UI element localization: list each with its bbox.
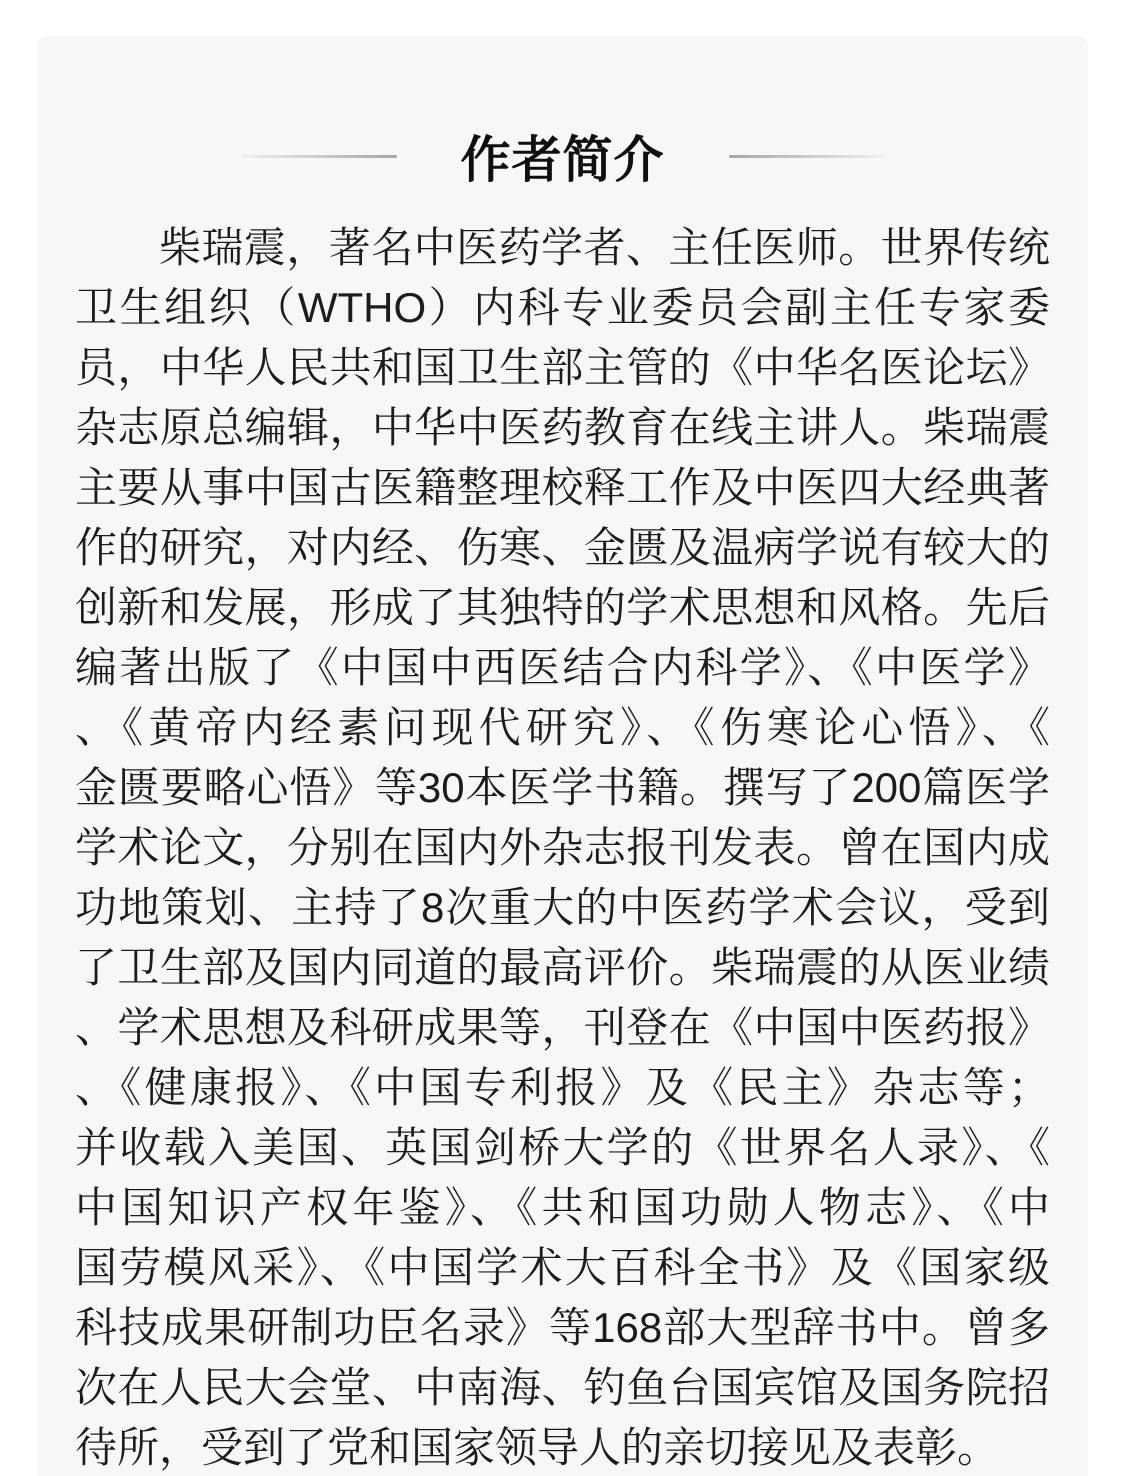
text-line: 待所，受到了党和国家领导人的亲切接见及表彰。 [75, 1418, 1050, 1476]
text-line: 中国知识产权年鉴》、《共和国功勋人物志》、《中 [75, 1178, 1050, 1238]
section-header: 作者简介 [75, 132, 1050, 188]
text-line: 编著出版了《中国中西医结合内科学》、《中医学》 [75, 638, 1050, 698]
title-divider-left [242, 155, 397, 158]
text-line: 作的研究，对内经、伤寒、金匮及温病学说有较大的 [75, 518, 1050, 578]
text-line: 国劳模风采》、《中国学术大百科全书》及《国家级 [75, 1238, 1050, 1298]
text-line: 员，中华人民共和国卫生部主管的《中华名医论坛》 [75, 338, 1050, 398]
text-line: 、《健康报》、《中国专利报》及《民主》杂志等； [75, 1058, 1050, 1118]
text-line: 、《黄帝内经素问现代研究》、《伤寒论心悟》、《 [75, 698, 1050, 758]
text-line: 杂志原总编辑，中华中医药教育在线主讲人。柴瑞震 [75, 398, 1050, 458]
text-line: 科技成果研制功臣名录》等168部大型辞书中。曾多 [75, 1298, 1050, 1358]
text-line: 、学术思想及科研成果等，刊登在《中国中医药报》 [75, 998, 1050, 1058]
biography-text: 柴瑞震，著名中医药学者、主任医师。世界传统卫生组织（WTHO）内科专业委员会副主… [75, 218, 1050, 1476]
page-title: 作者简介 [461, 132, 665, 188]
text-line: 柴瑞震，著名中医药学者、主任医师。世界传统 [75, 218, 1050, 278]
text-line: 金匮要略心悟》等30本医学书籍。撰写了200篇医学 [75, 758, 1050, 818]
page-background: { "palette": { "page_bg": "#ffffff", "ca… [0, 0, 1125, 1476]
text-line: 次在人民大会堂、中南海、钓鱼台国宾馆及国务院招 [75, 1358, 1050, 1418]
text-line: 卫生组织（WTHO）内科专业委员会副主任专家委 [75, 278, 1050, 338]
text-line: 了卫生部及国内同道的最高评价。柴瑞震的从医业绩 [75, 938, 1050, 998]
text-line: 主要从事中国古医籍整理校释工作及中医四大经典著 [75, 458, 1050, 518]
author-intro-card: 作者简介 柴瑞震，著名中医药学者、主任医师。世界传统卫生组织（WTHO）内科专业… [37, 36, 1088, 1476]
text-line: 创新和发展，形成了其独特的学术思想和风格。先后 [75, 578, 1050, 638]
text-line: 功地策划、主持了8次重大的中医药学术会议，受到 [75, 878, 1050, 938]
title-divider-right [729, 155, 884, 158]
text-line: 学术论文，分别在国内外杂志报刊发表。曾在国内成 [75, 818, 1050, 878]
text-line: 并收载入美国、英国剑桥大学的《世界名人录》、《 [75, 1118, 1050, 1178]
